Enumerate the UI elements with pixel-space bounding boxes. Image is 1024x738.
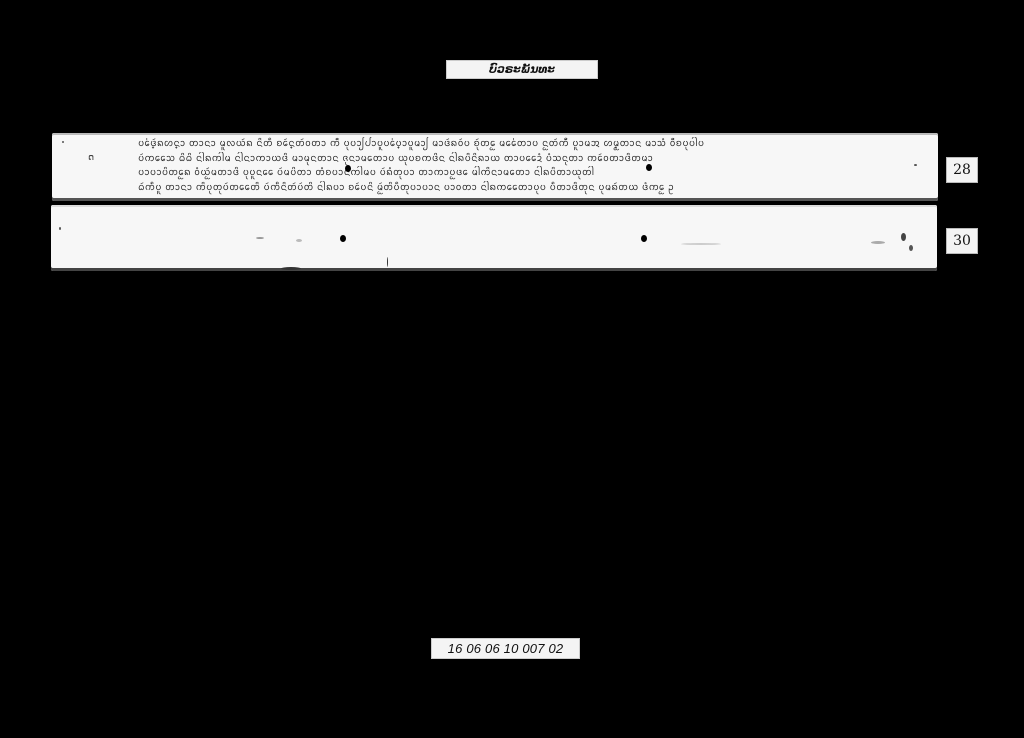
page-number-label: 28: [946, 157, 978, 183]
leaf-speck: [914, 164, 917, 166]
leaf-speck: [387, 257, 388, 267]
catalog-number: 16 06 06 10 007 02: [448, 641, 564, 656]
string-hole: [340, 235, 346, 242]
leaf-text-block: ᨷᩮ᩠᩵ᨴᩢᨦᩉ᩠ᨶᩣ ᨲᩣᨶᩣ ᨾᩪᩃᨿᩢᨦ ᨶᩦᨲᩥ ᨧᩮᩢ᩠ᨶᨲᩢᩅᨲᩣ …: [138, 137, 920, 195]
manuscript-title: ບົວຣະພັນທະ: [489, 63, 555, 76]
leaf-text-line: ᨷᩣᨷᩣᨷᩦᨲᩮᩬᨦ ᩅᩴᨿᩬᩢᨾᨲᩣᨴᩦ ᨷᩩᨷᩪᨶᩯ ᨷᩢᨾᨷᩦᨲᩣ ᨲᩴᨧ…: [138, 166, 920, 181]
leaf-text-line: ᨵᩢᨠᩥᨷᩪ ᨲᩣᨶᩣ ᨠᩦᨷᩩᨲᩩᨷᩢᨲᩯᨲᩦ ᨷᩢᨠᩥᨶᩦᨲᩢᨷᩢᨲᩦ ᨶᩤ…: [138, 181, 920, 196]
leaf-speck: [256, 237, 264, 239]
page-number: 28: [953, 162, 971, 178]
string-hole: [646, 164, 652, 171]
leaf-text-line: ᨷᩢᨠᩯᩈ ᨵᩦᨵᩦ ᨶᩤᨦᨠᩤᨾ ᨶᩤᨶᩣᨠᩣᨿᨴᩦ ᨾᩣᨾᩩᨶᨲᩣᨶ ᨩᩩᨶ…: [138, 152, 920, 167]
palm-leaf-page-28: ດ ᨷᩮ᩠᩵ᨴᩢᨦᩉ᩠ᨶᩣ ᨲᩣᨶᩣ ᨾᩪᩃᨿᩢᨦ ᨶᩦᨲᩥ ᨧᩮᩢ᩠ᨶᨲᩢᩅᨲ…: [52, 133, 938, 201]
page-number: 30: [953, 233, 971, 249]
leaf-speck: [59, 227, 61, 230]
leaf-speck: [281, 267, 301, 270]
palm-leaf-page-30: [51, 205, 937, 271]
leaf-speck: [901, 233, 906, 241]
leaf-speck: [871, 241, 885, 244]
leaf-speck: [681, 243, 721, 245]
leaf-speck: [909, 245, 913, 251]
leaf-speck: [62, 141, 64, 143]
string-hole: [641, 235, 647, 242]
leaf-speck: [296, 239, 302, 242]
manuscript-title-label: ບົວຣະພັນທະ: [446, 60, 598, 79]
leaf-text-line: ᨷᩮ᩠᩵ᨴᩢᨦᩉ᩠ᨶᩣ ᨲᩣᨶᩣ ᨾᩪᩃᨿᩢᨦ ᨶᩦᨲᩥ ᨧᩮᩢ᩠ᨶᨲᩢᩅᨲᩣ …: [138, 137, 920, 152]
page-number-label: 30: [946, 228, 978, 254]
string-hole: [345, 165, 351, 172]
leaf-side-marker: ດ: [88, 153, 94, 163]
catalog-number-label: 16 06 06 10 007 02: [431, 638, 580, 659]
